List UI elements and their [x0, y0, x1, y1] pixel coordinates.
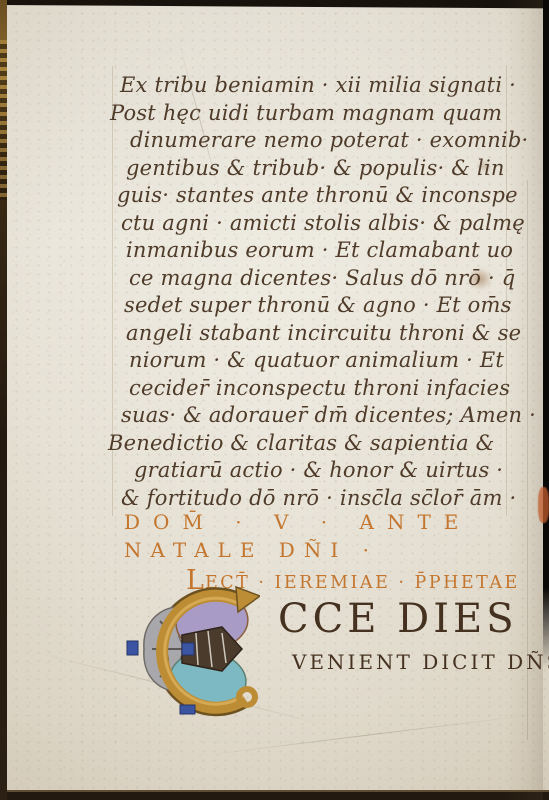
incipit-line-2: VENIENT DICIT DÑS ·: [292, 650, 549, 674]
body-text-line: dinumerare nemo poterat · exomnib·: [130, 127, 520, 155]
body-text-block: Ex tribu beniamin · xii milia signati ·P…: [118, 72, 520, 512]
body-text-line: Ex tribu beniamin · xii milia signati ·: [120, 72, 520, 100]
initial-top-terminal: [236, 587, 260, 612]
body-text-line: gentibus & tribub· & populis· & lin: [126, 155, 520, 183]
book-right-edge: [543, 0, 549, 668]
body-text-line: Benedictio & claritas & sapientia &: [108, 430, 520, 458]
body-text-line: ctu agni · amicti stolis albis· & palmę: [121, 210, 520, 238]
edge-pigment-stain: [538, 487, 549, 523]
initial-bottom-curl: [239, 689, 255, 705]
rubric-line-1: DOM̄ · V · ANTE: [124, 510, 471, 534]
manuscript-page-scan: Ex tribu beniamin · xii milia signati ·P…: [0, 0, 549, 800]
body-text-line: & fortitudo dō nrō · insc̄la sc̄lor̄ ām …: [121, 485, 520, 513]
initial-blue-gem: [127, 641, 138, 655]
illuminated-initial-E: [126, 585, 260, 717]
body-text-line: inmanibus eorum · Et clamabant uo: [126, 237, 520, 265]
body-text-line: ce magna dicentes· Salus dō nrō · q̄: [129, 265, 520, 293]
binding-gold-flecks: [0, 40, 7, 200]
body-text-line: angeli stabant incircuitu throni & se: [126, 320, 520, 348]
body-text-line: cecider̄ inconspectu throni infacies: [129, 375, 520, 403]
body-text-line: guis· stantes ante thronū & inconspe: [117, 182, 520, 210]
body-text-line: sedet super thronū & agno · Et om̄s: [124, 292, 520, 320]
book-top-edge: [0, 0, 549, 8]
body-text-line: gratiarū actio · & honor & uirtus ·: [134, 457, 520, 485]
book-bottom-edge: [0, 790, 549, 800]
body-text-line: Post hęc uidi turbam magnam quam: [110, 100, 520, 128]
body-text-line: niorum · & quatuor animalium · Et: [129, 347, 520, 375]
rubric-line-2: NATALE DÑI ·: [124, 538, 378, 562]
parchment-crease: [201, 715, 529, 756]
incipit-line-1: CCE DIES: [278, 596, 518, 642]
initial-blue-gem: [182, 643, 194, 655]
initial-blue-gem: [180, 705, 195, 714]
body-text-line: suas· & adorauer̄ dm̄ dicentes; Amen ·: [121, 402, 520, 430]
